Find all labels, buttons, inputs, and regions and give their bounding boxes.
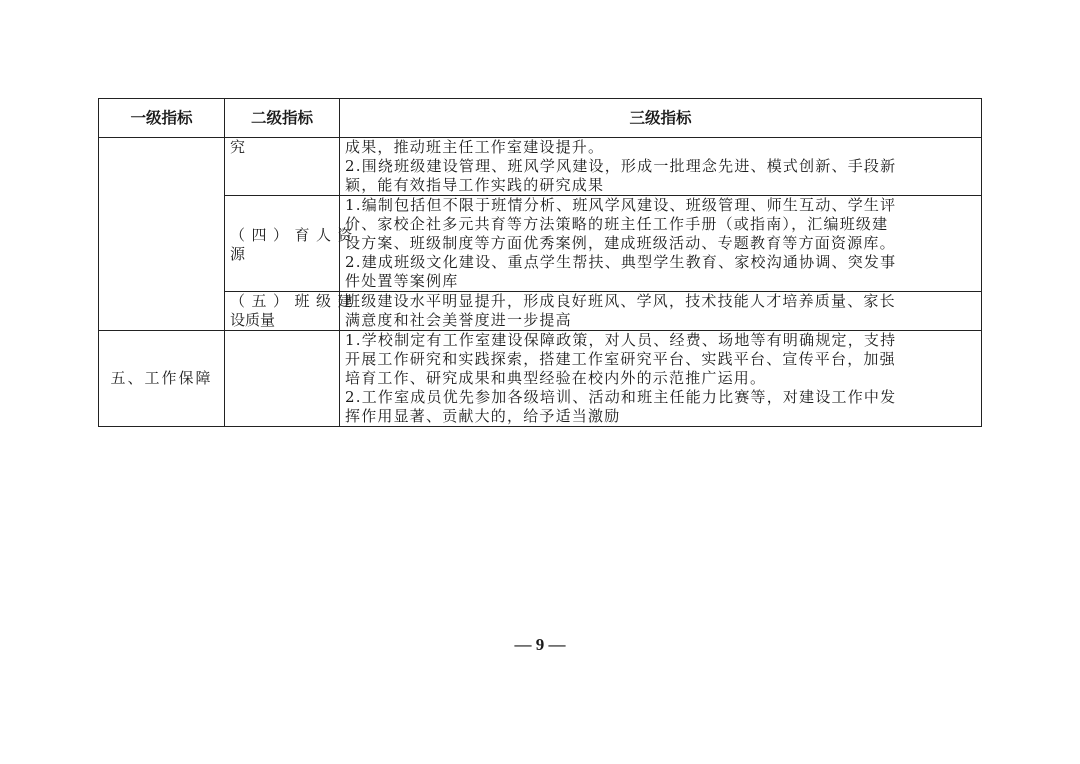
level3-text: 2.工作室成员优先参加各级培训、活动和班主任能力比赛等，对建设工作中发: [345, 388, 976, 407]
level2-cell: （五）班级建 设质量: [225, 292, 340, 331]
level3-text: 满意度和社会美誉度进一步提高: [345, 311, 976, 330]
level2-text: 源: [230, 245, 334, 264]
table-row: 究 成果，推动班主任工作室建设提升。 2.围绕班级建设管理、班风学风建设，形成一…: [99, 138, 982, 196]
level3-cell: 成果，推动班主任工作室建设提升。 2.围绕班级建设管理、班风学风建设，形成一批理…: [340, 138, 982, 196]
level2-text: 究: [230, 138, 334, 157]
level3-text: 2.围绕班级建设管理、班风学风建设，形成一批理念先进、模式创新、手段新: [345, 157, 976, 176]
page-number: — 9 —: [0, 635, 1080, 655]
level3-text: 1.编制包括但不限于班情分析、班风学风建设、班级管理、师生互动、学生评: [345, 196, 976, 215]
level3-text: 设方案、班级制度等方面优秀案例，建成班级活动、专题教育等方面资源库。: [345, 234, 976, 253]
indicator-table: 一级指标 二级指标 三级指标 究 成果，推动班主任工作室建设提升。 2.围绕班级…: [98, 98, 982, 427]
level2-cell-empty: [225, 331, 340, 427]
level3-text: 培育工作、研究成果和典型经验在校内外的示范推广运用。: [345, 369, 976, 388]
level3-cell: 1.学校制定有工作室建设保障政策，对人员、经费、场地等有明确规定，支持 开展工作…: [340, 331, 982, 427]
level3-text: 挥作用显著、贡献大的，给予适当激励: [345, 407, 976, 426]
level3-text: 成果，推动班主任工作室建设提升。: [345, 138, 976, 157]
level3-cell: 1.编制包括但不限于班情分析、班风学风建设、班级管理、师生互动、学生评 价、家校…: [340, 196, 982, 292]
level3-text: 价、家校企社多元共育等方法策略的班主任工作手册（或指南），汇编班级建: [345, 215, 976, 234]
table-row: 五、工作保障 1.学校制定有工作室建设保障政策，对人员、经费、场地等有明确规定，…: [99, 331, 982, 427]
level1-cell: 五、工作保障: [99, 331, 225, 427]
header-level3: 三级指标: [340, 99, 982, 138]
table-row: （四）育人资 源 1.编制包括但不限于班情分析、班风学风建设、班级管理、师生互动…: [99, 196, 982, 292]
table-header-row: 一级指标 二级指标 三级指标: [99, 99, 982, 138]
level3-text: 2.建成班级文化建设、重点学生帮扶、典型学生教育、家校沟通协调、突发事: [345, 253, 976, 272]
level3-text: 颖，能有效指导工作实践的研究成果: [345, 176, 976, 195]
level3-text: 班级建设水平明显提升，形成良好班风、学风，技术技能人才培养质量、家长: [345, 292, 976, 311]
header-level2: 二级指标: [225, 99, 340, 138]
level2-text: （四）育人资: [230, 226, 334, 245]
level2-cell: 究: [225, 138, 340, 196]
level1-cell-continued: [99, 138, 225, 331]
level3-text: 件处置等案例库: [345, 272, 976, 291]
level2-cell: （四）育人资 源: [225, 196, 340, 292]
level2-text: 设质量: [230, 311, 334, 330]
level3-text: 开展工作研究和实践探索，搭建工作室研究平台、实践平台、宣传平台，加强: [345, 350, 976, 369]
level2-text: （五）班级建: [230, 292, 334, 311]
level3-cell: 班级建设水平明显提升，形成良好班风、学风，技术技能人才培养质量、家长 满意度和社…: [340, 292, 982, 331]
header-level1: 一级指标: [99, 99, 225, 138]
level3-text: 1.学校制定有工作室建设保障政策，对人员、经费、场地等有明确规定，支持: [345, 331, 976, 350]
table-row: （五）班级建 设质量 班级建设水平明显提升，形成良好班风、学风，技术技能人才培养…: [99, 292, 982, 331]
